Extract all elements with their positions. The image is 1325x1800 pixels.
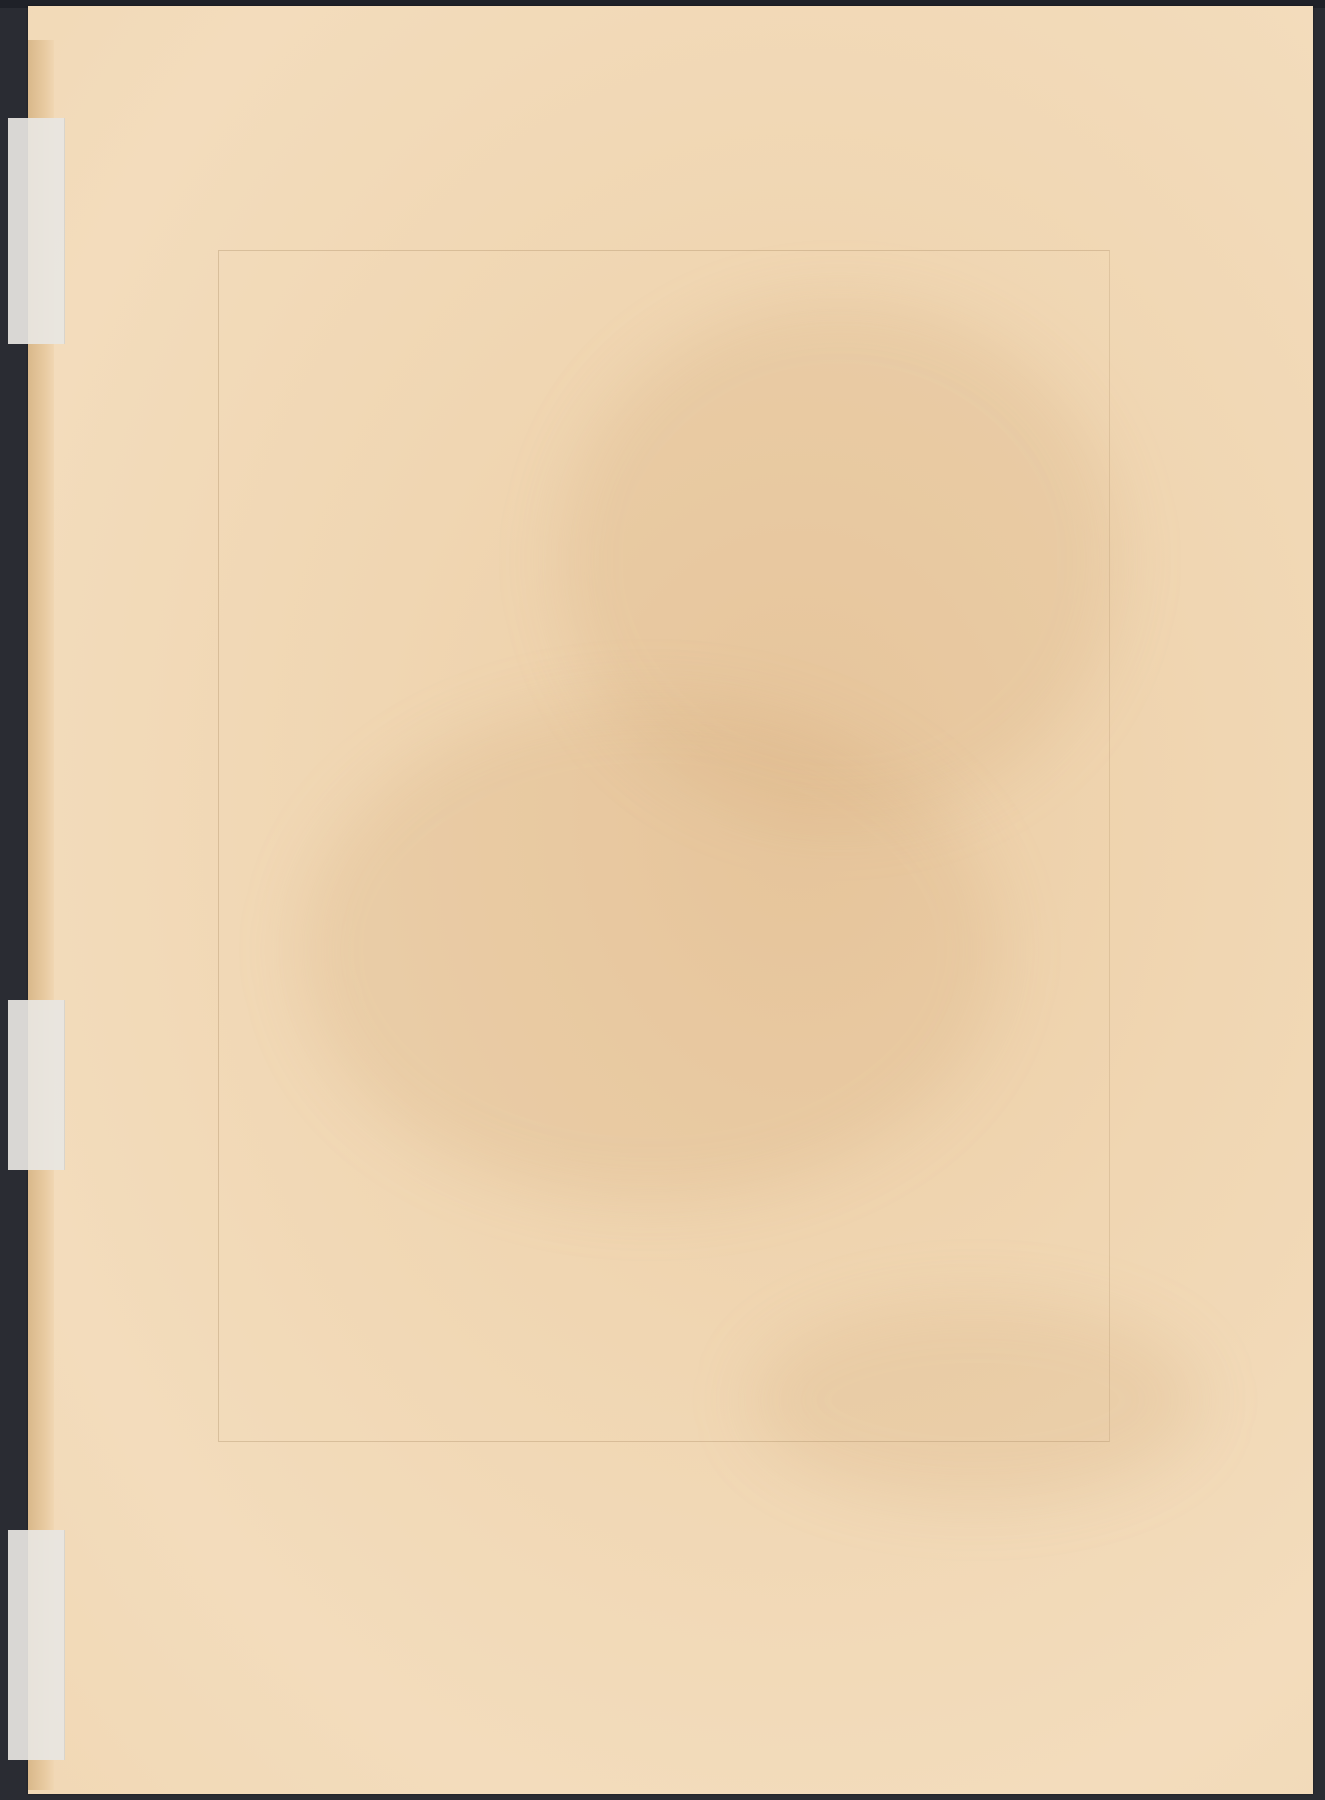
tape-strip [8,118,65,344]
tape-strip [8,1530,65,1760]
plate-mark [218,250,1110,1442]
tape-strip [8,1000,65,1170]
